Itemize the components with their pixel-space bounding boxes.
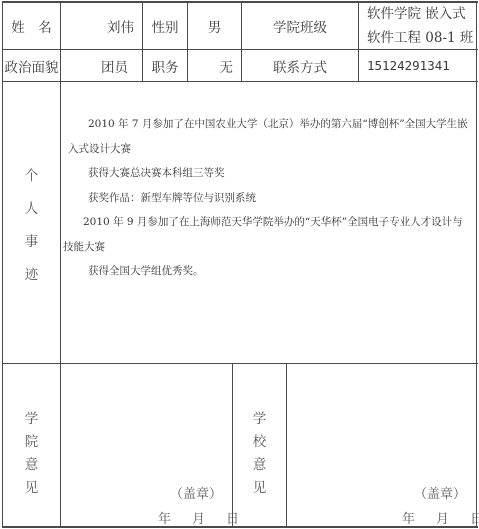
college-class-label: 学院班级 [242, 3, 358, 49]
contact-label: 联系方式 [242, 50, 358, 81]
achievement-paragraph: 获奖作品：新型车牌等位与识别系统 [68, 186, 472, 211]
name-value: 刘伟 [61, 3, 142, 49]
achievement-paragraph: 2010 年 7 月参加了在中国农业大学（北京）举办的第六届“博创杯”全国大学生… [68, 112, 472, 161]
achievement-paragraph: 获得全国大学组优秀奖。 [68, 259, 472, 284]
school-date: 年 月 日 [402, 508, 479, 527]
achievements-label-char: 事 [25, 226, 39, 259]
grid-line [2, 363, 478, 364]
college-class-value-line2: 软件工程 08-1 班 [367, 26, 473, 50]
contact-value: 15124291341 [359, 50, 476, 81]
school-opinion-label-char: 见 [253, 477, 267, 500]
school-opinion-label-char: 意 [253, 454, 267, 477]
college-opinion-label: 学 院 意 见 [3, 408, 60, 500]
political-status-label: 政治面貌 [3, 50, 60, 81]
achievements-label-char: 人 [25, 193, 39, 226]
award-application-form: 姓 名 刘伟 性别 男 学院班级 软件学院 嵌入式 软件工程 08-1 班 政治… [0, 0, 479, 529]
gender-label: 性别 [143, 3, 187, 49]
school-stamp: （盖章） [414, 483, 466, 502]
achievements-label-char: 个 [25, 160, 39, 193]
position-value: 无 [188, 50, 241, 81]
position-label: 职务 [143, 50, 187, 81]
college-class-value: 软件学院 嵌入式 软件工程 08-1 班 [359, 2, 476, 49]
college-opinion-label-char: 见 [25, 477, 39, 500]
grid-line [2, 81, 478, 82]
school-opinion-label-char: 校 [253, 431, 267, 454]
school-opinion-label-char: 学 [253, 408, 267, 431]
grid-line [476, 1, 477, 528]
achievements-content: 2010 年 7 月参加了在中国农业大学（北京）举办的第六届“博创杯”全国大学生… [68, 112, 472, 284]
political-status-value: 团员 [61, 50, 142, 81]
college-class-value-line1: 软件学院 嵌入式 [367, 2, 466, 26]
college-stamp: （盖章） [170, 483, 222, 502]
gender-value: 男 [188, 3, 241, 49]
achievements-label-char: 迹 [25, 259, 39, 292]
college-opinion-label-char: 意 [25, 454, 39, 477]
achievement-paragraph: 获得大赛总决赛本科组三等奖 [68, 161, 472, 186]
grid-line [286, 363, 287, 527]
achievements-label: 个 人 事 迹 [3, 160, 60, 292]
college-date: 年 月 日 [158, 508, 243, 527]
name-label: 姓 名 [3, 3, 60, 49]
college-opinion-label-char: 学 [25, 408, 39, 431]
school-opinion-label: 学 校 意 见 [233, 408, 286, 500]
college-opinion-label-char: 院 [25, 431, 39, 454]
achievement-paragraph: 2010 年 9 月参加了在上海师范天华学院举办的“天华杯”全国电子专业人才设计… [63, 210, 472, 259]
